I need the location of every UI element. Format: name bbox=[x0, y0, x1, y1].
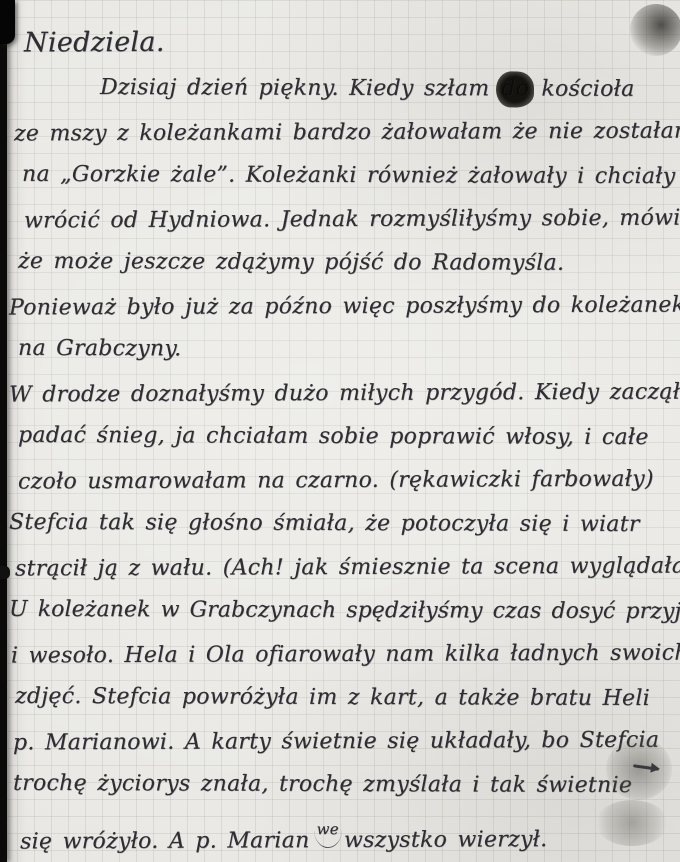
handwritten-line: W drodze doznałyśmy dużo miłych przygód.… bbox=[9, 374, 680, 420]
date-heading: Niedziela. bbox=[24, 19, 680, 73]
handwritten-line: się wróżyło. A p. Marianwewszystko wierz… bbox=[20, 809, 680, 855]
inserted-word: we bbox=[313, 811, 341, 848]
handwritten-line: Stefcia tak się głośno śmiała, że potocz… bbox=[9, 505, 680, 551]
handwritten-line: ze mszy z koleżankami bardzo żałowałam ż… bbox=[14, 113, 680, 159]
line-text: się wróżyło. A p. Marian bbox=[20, 828, 310, 854]
line-text: kościoła bbox=[541, 77, 634, 102]
handwritten-line: na „Gorzkie żale”. Koleżanki również żał… bbox=[22, 157, 680, 203]
line-text: Dzisiaj dzień piękny. Kiedy szłam bbox=[100, 75, 490, 101]
handwritten-line: na Grabczyny. bbox=[18, 331, 680, 377]
ink-blot: do bbox=[496, 71, 534, 107]
diary-page-scan: Niedziela. Dzisiaj dzień piękny. Kiedy s… bbox=[0, 0, 680, 862]
handwritten-line: że może jeszcze zdążymy pójść do Radomyś… bbox=[18, 244, 680, 290]
handwritten-line: czoło usmarowałam na czarno. (rękawiczki… bbox=[18, 461, 680, 507]
handwritten-line: padać śnieg, ja chciałam sobie poprawić … bbox=[18, 418, 680, 464]
corner-smudge-top-left bbox=[0, 0, 15, 44]
handwritten-line: Dzisiaj dzień piękny. Kiedy szłamdokości… bbox=[100, 70, 680, 116]
handwriting-layer: Niedziela. Dzisiaj dzień piękny. Kiedy s… bbox=[0, 20, 680, 854]
handwritten-line: zdjęć. Stefcia powróżyła im z kart, a ta… bbox=[15, 679, 680, 725]
scan-binding-edge bbox=[0, 0, 7, 862]
handwritten-line: strącił ją z wału. (Ach! jak śmiesznie t… bbox=[15, 548, 680, 594]
handwritten-line: i wesoło. Hela i Ola ofiarowały nam kilk… bbox=[11, 635, 680, 681]
handwritten-line: wrócić od Hydniowa. Jednak rozmyśliłyśmy… bbox=[24, 200, 680, 246]
handwritten-line: trochę życiorys znała, trochę zmyślała i… bbox=[13, 766, 680, 812]
line-text: wszystko wierzył. bbox=[344, 827, 548, 853]
handwritten-line: Ponieważ było już za późno więc poszłyśm… bbox=[9, 287, 680, 333]
ink-mark-left-edge bbox=[0, 566, 10, 579]
handwritten-line: U koleżanek w Grabczynach spędziłyśmy cz… bbox=[9, 592, 680, 638]
handwritten-line: p. Marianowi. A karty świetnie się układ… bbox=[13, 722, 680, 768]
